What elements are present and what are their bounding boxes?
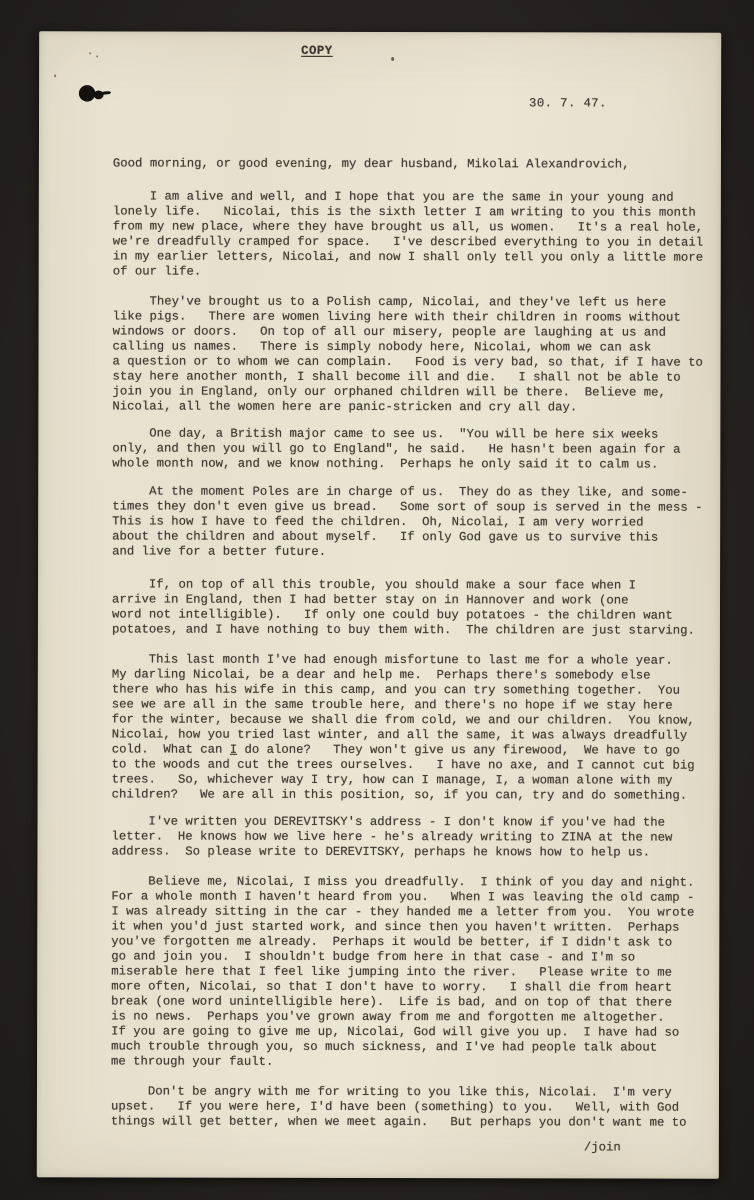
paper-speck <box>54 74 56 77</box>
letter-paragraph-4: At the moment Poles are in charge of us.… <box>112 484 716 560</box>
letter-paragraph-5: If, on top of all this trouble, you shou… <box>112 577 716 638</box>
ink-blot <box>77 81 117 105</box>
copy-label: COPY <box>301 44 333 59</box>
paper-speck <box>96 55 98 57</box>
letter-paragraph-9: Don't be angry with me for writing to yo… <box>111 1084 715 1130</box>
letter-paragraph-3: One day, a British major came to see us.… <box>112 426 716 472</box>
greeting-line: Good morning, or good evening, my dear h… <box>113 156 630 172</box>
scan-background: COPY 30. 7. 47. Good morning, or good ev… <box>0 0 754 1200</box>
letter-paragraph-8: Believe me, Nicolai, I miss you dreadful… <box>111 874 715 1070</box>
ink-speck <box>391 57 394 61</box>
letter-date: 30. 7. 47. <box>529 96 607 111</box>
paper-speck <box>89 52 91 54</box>
letter-paragraph-6: This last month I've had enough misfortu… <box>112 652 716 803</box>
letter-paragraph-1: I am alive and well, and I hope that you… <box>113 189 717 280</box>
continuation-mark: /join <box>584 1140 621 1155</box>
letter-paragraph-7: I've written you DEREVITSKY's address - … <box>111 814 715 860</box>
letter-paragraph-2: They've brought us to a Polish camp, Nic… <box>112 294 716 415</box>
letter-page: COPY 30. 7. 47. Good morning, or good ev… <box>37 31 721 1178</box>
